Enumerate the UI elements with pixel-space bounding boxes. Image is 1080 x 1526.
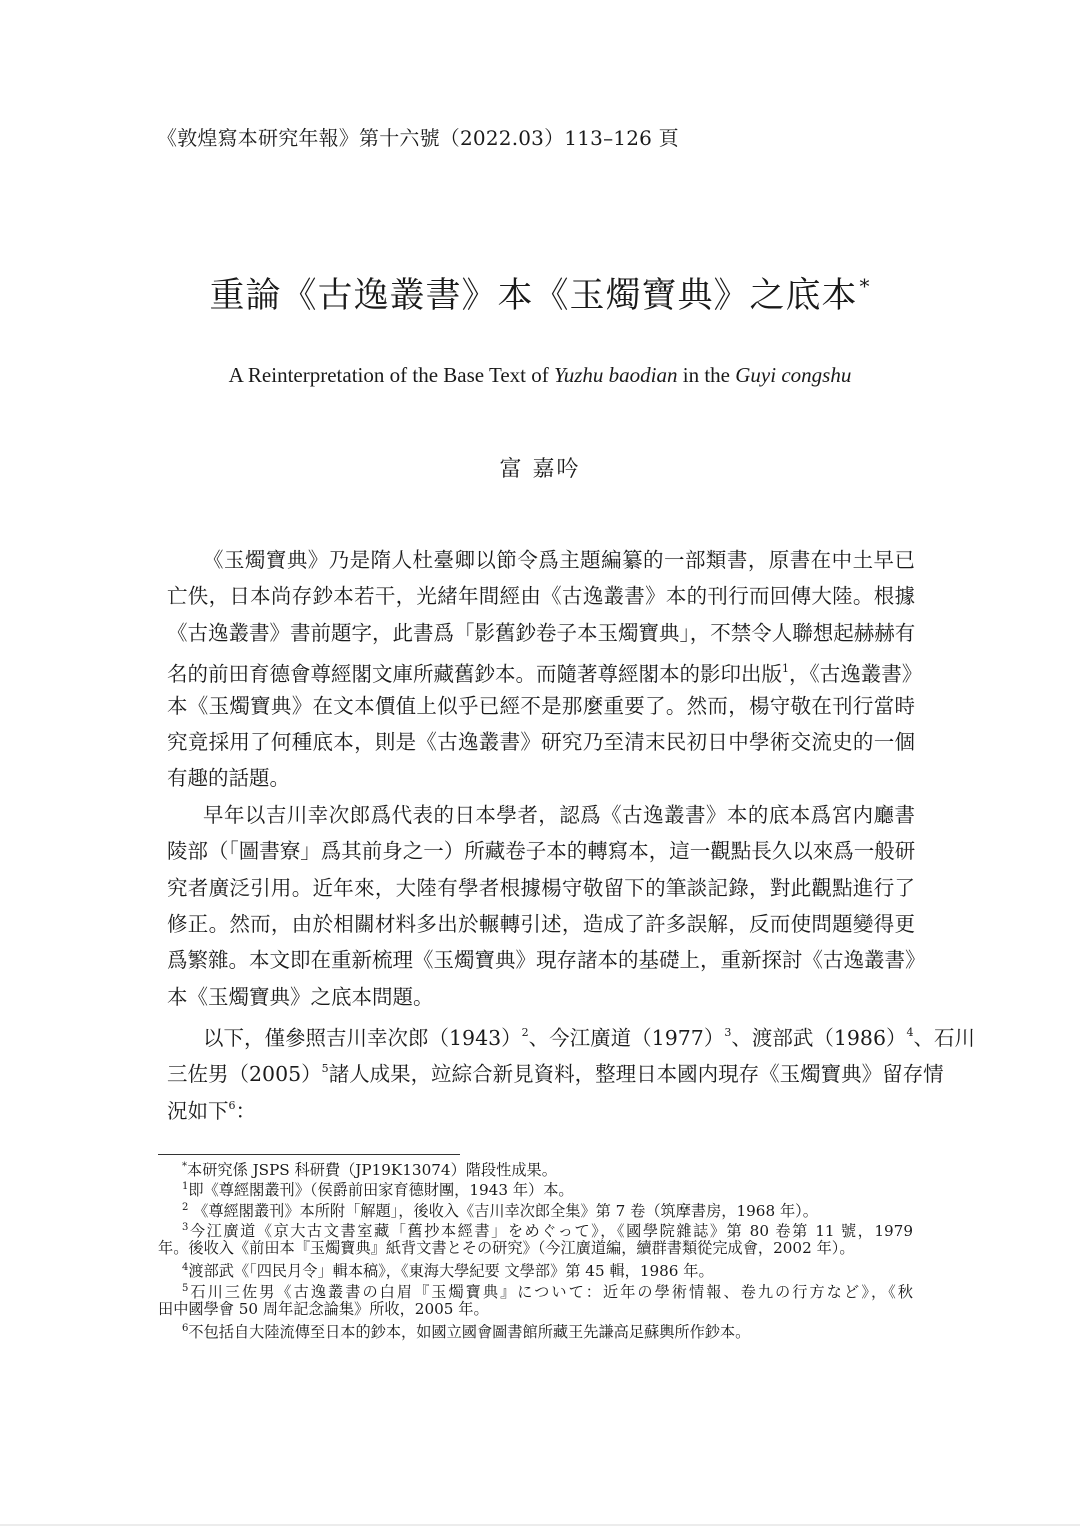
footnote-text: 即《尊經閣叢刊》（侯爵前田家育德財團，1943 年）本。: [188, 1181, 573, 1199]
line-segment: 況如下: [167, 1099, 229, 1123]
body-line: 修正。然而，由於相關材料多出於輾轉引述，造成了許多誤解，反而使問題變得更: [167, 906, 915, 942]
footnote-text: 今江廣道《京大古文書室藏「舊抄本經書」をめぐって》，《國學院雜誌》第 80 卷第…: [188, 1222, 913, 1240]
footnote-1: 1即《尊經閣叢刊》（侯爵前田家育德財團，1943 年）本。: [158, 1177, 913, 1197]
footnote-text: 《尊經閣叢刊》本所附「解題」，後收入《吉川幸次郎全集》第 7 卷（筑摩書房，19…: [188, 1202, 818, 1220]
footnote-5: 5石川三佐男《古逸叢書の白眉『玉燭寶典』について：近年の學術情報、卷九の行方など…: [158, 1279, 913, 1299]
line-segment: ：: [236, 1099, 257, 1123]
footnote-3: 3今江廣道《京大古文書室藏「舊抄本經書」をめぐって》，《國學院雜誌》第 80 卷…: [158, 1218, 913, 1238]
body-text: 《玉燭寶典》乃是隋人杜臺卿以節令爲主題編纂的一部類書，原書在中土早已 亡佚，日本…: [167, 542, 915, 1124]
footnote-6: 6不包括自大陸流傳至日本的鈔本，如國立國會圖書館所藏王先謙高足蘇輿所作鈔本。: [158, 1319, 913, 1339]
body-line: 以下，僅參照吉川幸次郎（1943）2、今江廣道（1977）3、渡部武（1986）…: [167, 1015, 915, 1051]
body-line: 本《玉燭寶典》在文本價值上似乎已經不是那麼重要了。然而，楊守敬在刊行當時: [167, 688, 915, 724]
footnote-3-continued: 年。後收入《前田本『玉燭寶典』紙背文書とその研究》（今江廣道編，續群書類從完成會…: [158, 1238, 913, 1258]
footnote-ref-4[interactable]: 4: [907, 1026, 914, 1039]
footnote-text: 石川三佐男《古逸叢書の白眉『玉燭寶典』について：近年の學術情報、卷九の行方など》…: [188, 1283, 913, 1301]
journal-header: 《敦煌寫本研究年報》第十六號（2022.03）113–126 頁: [157, 122, 679, 151]
body-line: 本《玉燭寶典》之底本問題。: [167, 979, 915, 1015]
subtitle-text: A Reinterpretation of the Base Text of: [229, 363, 554, 387]
line-segment: 諸人成果，竝綜合新見資料，整理日本國内現存《玉燭寶典》留存情: [329, 1062, 944, 1086]
author-name: 富 嘉吟: [0, 452, 1080, 483]
english-subtitle: A Reinterpretation of the Base Text of Y…: [0, 363, 1080, 388]
line-segment: 名的前田育德會尊經閣文庫所藏舊鈔本。而隨著尊經閣本的影印出版: [167, 662, 782, 686]
body-line: 陵部（「圖書寮」爲其前身之一）所藏卷子本的轉寫本，這一觀點長久以來爲一般研: [167, 833, 915, 869]
body-line: 究竟採用了何種底本，則是《古逸叢書》研究乃至清末民初日中學術交流史的一個: [167, 724, 915, 760]
footnote-ref-2[interactable]: 2: [522, 1026, 529, 1039]
subtitle-text: in the: [678, 363, 736, 387]
footnote-ref-5[interactable]: 5: [322, 1062, 329, 1075]
body-line: 三佐男（2005）5諸人成果，竝綜合新見資料，整理日本國内現存《玉燭寶典》留存情: [167, 1051, 915, 1087]
paragraph-1: 《玉燭寶典》乃是隋人杜臺卿以節令爲主題編纂的一部類書，原書在中土早已 亡佚，日本…: [167, 542, 915, 797]
paper-title: 重論《古逸叢書》本《玉燭寶典》之底本*: [0, 268, 1080, 318]
body-line: 《玉燭寶典》乃是隋人杜臺卿以節令爲主題編纂的一部類書，原書在中土早已: [167, 542, 915, 578]
body-line: 名的前田育德會尊經閣文庫所藏舊鈔本。而隨著尊經閣本的影印出版1，《古逸叢書》: [167, 651, 915, 687]
footnote-5-continued: 田中國學會 50 周年記念論集》所收，2005 年。: [158, 1299, 913, 1319]
paragraph-3: 以下，僅參照吉川幸次郎（1943）2、今江廣道（1977）3、渡部武（1986）…: [167, 1015, 915, 1124]
footnote-4: 4渡部武《「四民月令」輯本稿》，《東海大學紀要 文學部》第 45 輯，1986 …: [158, 1258, 913, 1278]
footnote-star: *本研究係 JSPS 科研費（JP19K13074）階段性成果。: [158, 1157, 913, 1177]
line-segment: ，《古逸叢書》: [789, 662, 922, 686]
body-line: 有趣的話題。: [167, 760, 915, 796]
line-segment: 、渡部武（1986）: [731, 1026, 906, 1050]
line-segment: 、今江廣道（1977）: [529, 1026, 725, 1050]
line-segment: 以下，僅參照吉川幸次郎（1943）: [203, 1026, 522, 1050]
footnotes: *本研究係 JSPS 科研費（JP19K13074）階段性成果。 1即《尊經閣叢…: [158, 1157, 913, 1340]
paragraph-2: 早年以吉川幸次郎爲代表的日本學者，認爲《古逸叢書》本的底本爲宮内廳書 陵部（「圖…: [167, 797, 915, 1015]
footnote-ref-1[interactable]: 1: [782, 662, 789, 675]
subtitle-italic-title: Yuzhu baodian: [554, 363, 678, 387]
body-line: 究者廣泛引用。近年來，大陸有學者根據楊守敬留下的筆談記錄，對此觀點進行了: [167, 870, 915, 906]
body-line: 《古逸叢書》書前題字，此書爲「影舊鈔卷子本玉燭寶典」，不禁令人聯想起赫赫有: [167, 615, 915, 651]
body-line: 爲繁雜。本文即在重新梳理《玉燭寶典》現存諸本的基礎上，重新探討《古逸叢書》: [167, 942, 915, 978]
body-line: 亡佚，日本尚存鈔本若干，光緒年間經由《古逸叢書》本的刊行而回傳大陸。根據: [167, 578, 915, 614]
line-segment: 三佐男（2005）: [167, 1062, 322, 1086]
subtitle-italic-title: Guyi congshu: [735, 363, 851, 387]
footnote-text: 本研究係 JSPS 科研費（JP19K13074）階段性成果。: [187, 1161, 557, 1179]
paper-title-text: 重論《古逸叢書》本《玉燭寶典》之底本: [209, 276, 857, 316]
footnote-ref-6[interactable]: 6: [229, 1099, 236, 1112]
line-segment: 、石川: [914, 1026, 976, 1050]
body-line: 早年以吉川幸次郎爲代表的日本學者，認爲《古逸叢書》本的底本爲宮内廳書: [167, 797, 915, 833]
body-line: 況如下6：: [167, 1088, 915, 1124]
footnote-text: 渡部武《「四民月令」輯本稿》，《東海大學紀要 文學部》第 45 輯，1986 年…: [188, 1262, 713, 1280]
footnote-2: 2 《尊經閣叢刊》本所附「解題」，後收入《吉川幸次郎全集》第 7 卷（筑摩書房，…: [158, 1198, 913, 1218]
footnote-separator: [158, 1154, 460, 1155]
footnote-text: 不包括自大陸流傳至日本的鈔本，如國立國會圖書館所藏王先謙高足蘇輿所作鈔本。: [188, 1323, 750, 1341]
title-footnote-mark[interactable]: *: [860, 274, 871, 298]
